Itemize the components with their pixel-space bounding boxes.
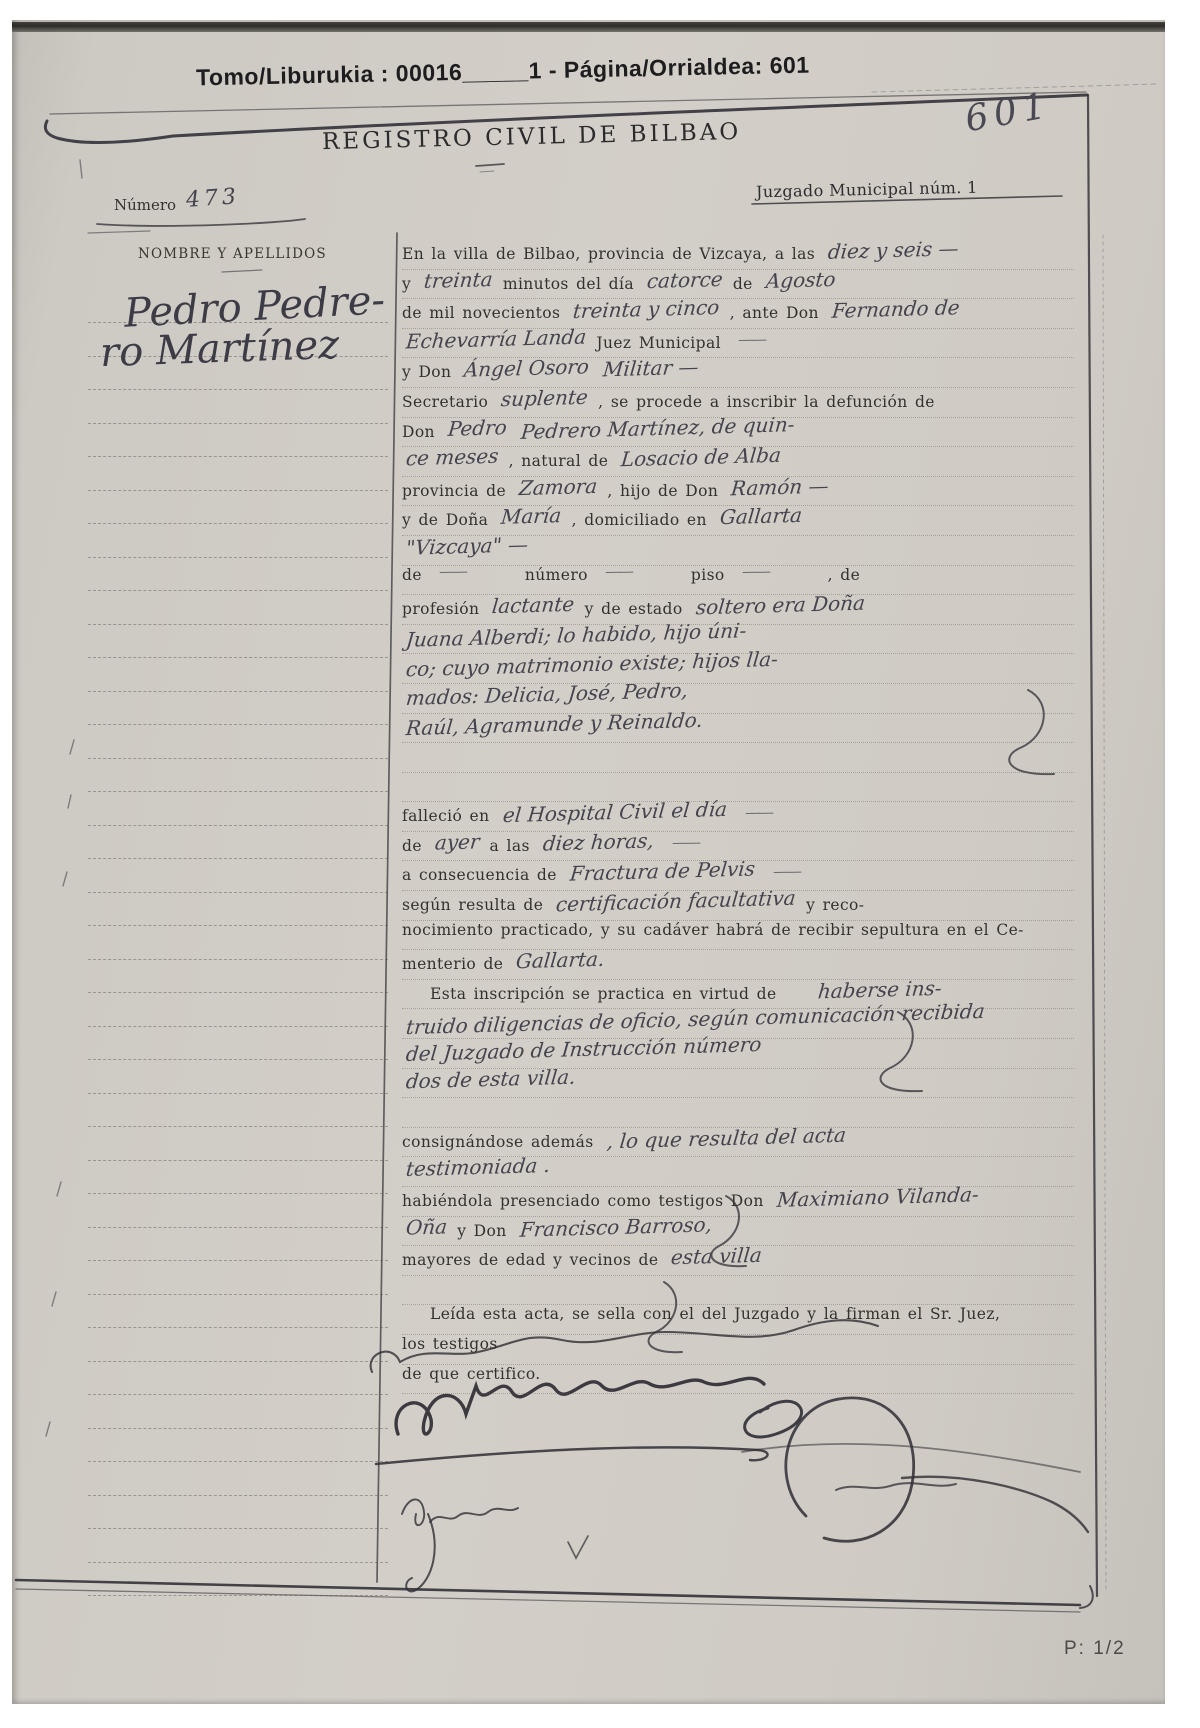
form-line-19 xyxy=(402,773,1074,803)
handwritten-text: suplente xyxy=(500,385,589,412)
printed-text: Don xyxy=(402,423,435,441)
handwritten-text: esta villa xyxy=(670,1243,763,1270)
form-line-12: de——número——piso——, de xyxy=(402,566,1074,596)
form-line-25: menterio deGallarta. xyxy=(402,950,1074,980)
ruled-line xyxy=(88,1562,388,1563)
ruled-line xyxy=(88,892,388,893)
printed-text: de mil novecientos xyxy=(402,304,560,322)
printed-text: los testigos xyxy=(402,1335,498,1353)
form-line-38: los testigos xyxy=(402,1335,1074,1365)
ruled-line xyxy=(88,1528,388,1529)
handwritten-text: Fractura de Pelvis xyxy=(569,857,756,886)
handwritten-text: Zamora xyxy=(518,474,599,500)
ruled-line xyxy=(88,825,388,826)
ruled-line xyxy=(88,356,388,357)
form-line-39: de que certifico. xyxy=(402,1365,1074,1395)
printed-text: a consecuencia de xyxy=(402,866,557,884)
handwritten-text: lactante xyxy=(491,592,575,618)
ruled-line xyxy=(88,959,388,960)
ruled-line xyxy=(88,1026,388,1027)
numero-value-handwritten: 473 xyxy=(185,184,241,213)
printed-text: , domiciliado en xyxy=(572,511,707,529)
handwritten-text: treinta y cinco xyxy=(572,295,721,323)
printed-text: Secretario xyxy=(402,393,488,411)
ruled-line xyxy=(88,1461,388,1462)
form-line-4: Echevarría LandaJuez Municipal—— xyxy=(402,329,1074,359)
printed-text: habiéndola presenciado como testigos Don xyxy=(402,1192,764,1210)
handwritten-text: ce meses xyxy=(405,444,500,471)
form-line-30 xyxy=(402,1098,1074,1128)
ruled-line xyxy=(88,1059,388,1060)
handwritten-text: —— xyxy=(742,561,820,580)
printed-text: y de estado xyxy=(585,600,683,618)
printed-text: Esta inscripción se practica en virtud d… xyxy=(430,985,777,1003)
form-line-20: falleció enel Hospital Civil el día—— xyxy=(402,802,1074,832)
body-lines: En la villa de Bilbao, provincia de Vizc… xyxy=(402,240,1074,1394)
ruled-line xyxy=(88,1160,388,1161)
form-line-8: ce meses, natural deLosacio de Alba xyxy=(402,447,1074,477)
handwritten-text: certificación facultativa xyxy=(555,886,797,917)
ruled-line xyxy=(88,1327,388,1328)
form-line-1: En la villa de Bilbao, provincia de Vizc… xyxy=(402,240,1074,270)
handwritten-text: —— xyxy=(738,329,816,348)
ruled-line xyxy=(88,691,388,692)
numero-label: Número xyxy=(114,196,176,214)
ruled-line xyxy=(88,724,388,725)
handwritten-text: diez horas, xyxy=(542,828,655,855)
printed-text: piso xyxy=(691,566,725,584)
ruled-line xyxy=(88,590,388,591)
printed-text: según resulta de xyxy=(402,896,543,914)
form-line-23: según resulta decertificación facultativ… xyxy=(402,891,1074,921)
handwritten-text: "Vizcaya" — xyxy=(405,532,529,559)
name-column-header: NOMBRE Y APELLIDOS xyxy=(138,246,327,262)
form-line-35: mayores de edad y vecinos deesta villa xyxy=(402,1246,1074,1276)
ruled-line xyxy=(88,758,388,759)
handwritten-text: Ramón — xyxy=(730,473,830,500)
ruled-line xyxy=(88,1361,388,1362)
ruled-line xyxy=(88,1294,388,1295)
ruled-line xyxy=(88,1260,388,1261)
scan-edge-shadow xyxy=(12,22,1165,32)
printed-text: profesión xyxy=(402,600,479,618)
ruled-line xyxy=(88,1193,388,1194)
form-line-36 xyxy=(402,1276,1074,1306)
handwritten-text: —— xyxy=(745,803,823,822)
handwritten-text: testimoniada . xyxy=(405,1153,551,1181)
form-line-10: y de DoñaMaría, domiciliado enGallarta xyxy=(402,506,1074,536)
ruled-line xyxy=(88,456,388,457)
printed-text: y xyxy=(402,275,411,293)
printed-text: consignándose además xyxy=(402,1133,594,1151)
ruled-line xyxy=(88,1495,388,1496)
ruled-line xyxy=(88,389,388,390)
printed-text: y Don xyxy=(402,363,451,381)
printed-text: mayores de edad y vecinos de xyxy=(402,1251,658,1269)
form-line-29: dos de esta villa. xyxy=(402,1069,1074,1099)
handwritten-text: , lo que resulta del acta xyxy=(605,1122,846,1153)
handwritten-text: Gallarta xyxy=(719,503,803,529)
handwritten-text: —— xyxy=(605,561,683,580)
handwritten-text: Pedro xyxy=(447,415,508,441)
form-line-34: Oñay DonFrancisco Barroso, xyxy=(402,1217,1074,1247)
ruled-line xyxy=(88,490,388,491)
page-footer: P: 1/2 xyxy=(1064,1638,1126,1660)
printed-text: menterio de xyxy=(402,955,503,973)
handwritten-text: soltero era Doña xyxy=(695,591,866,620)
form-line-37: Leída esta acta, se sella con el del Juz… xyxy=(402,1305,1074,1335)
form-line-33: habiéndola presenciado como testigos Don… xyxy=(402,1187,1074,1217)
handwritten-text: —— xyxy=(439,561,517,580)
ruled-line xyxy=(88,423,388,424)
printed-text: y reco- xyxy=(806,896,864,914)
handwritten-text: catorce xyxy=(646,266,724,292)
printed-text: y Don xyxy=(457,1222,506,1240)
form-line-18 xyxy=(402,743,1074,773)
form-line-16: mados: Delicia, José, Pedro, xyxy=(402,684,1074,714)
printed-text: Leída esta acta, se sella con el del Juz… xyxy=(430,1305,1000,1323)
printed-text: , se procede a inscribir la defunción de xyxy=(598,393,935,411)
form-line-2: ytreintaminutos del díacatorcedeAgosto xyxy=(402,270,1074,300)
printed-text: de xyxy=(733,275,753,293)
form-line-15: co; cuyo matrimonio existe; hijos lla- xyxy=(402,654,1074,684)
printed-text: En la villa de Bilbao, provincia de Vizc… xyxy=(402,245,815,263)
handwritten-text: Francisco Barroso, xyxy=(519,1212,713,1241)
ruled-line xyxy=(88,624,388,625)
printed-text: , de xyxy=(828,566,861,584)
handwritten-text: —— xyxy=(672,832,750,851)
printed-text: y de Doña xyxy=(402,511,488,529)
ruled-line xyxy=(88,1595,388,1596)
ruled-line xyxy=(88,1126,388,1127)
ruled-line xyxy=(88,992,388,993)
handwritten-text: Maximiano Vilanda- xyxy=(776,1182,980,1212)
handwritten-text: Oña xyxy=(405,1214,448,1239)
handwritten-text: el Hospital Civil el día xyxy=(501,797,727,827)
form-line-17: Raúl, Agramunde y Reinaldo. xyxy=(402,714,1074,744)
printed-text: nocimiento practicado, y su cadáver habr… xyxy=(402,921,1024,939)
printed-text: de xyxy=(402,837,422,855)
printed-text: , natural de xyxy=(509,452,609,470)
form-line-5: y DonÁngel OsoroMilitar — xyxy=(402,358,1074,388)
handwritten-text: —— xyxy=(773,862,851,881)
handwritten-text: dos de esta villa. xyxy=(405,1064,577,1093)
printed-text: minutos del día xyxy=(503,275,634,293)
form-line-7: DonPedroPedrero Martínez, de quin- xyxy=(402,418,1074,448)
ruled-line xyxy=(88,791,388,792)
ruled-line xyxy=(88,1227,388,1228)
ruled-line xyxy=(88,858,388,859)
ruled-line xyxy=(88,1428,388,1429)
handwritten-text: Ángel Osoro xyxy=(463,355,590,383)
handwritten-text: Losacio de Alba xyxy=(620,443,782,472)
ruled-line xyxy=(88,925,388,926)
ruled-line xyxy=(88,657,388,658)
ruled-line xyxy=(88,523,388,524)
form-line-9: provincia deZamora, hijo de DonRamón — xyxy=(402,477,1074,507)
printed-text: Juez Municipal xyxy=(596,334,721,352)
printed-text: número xyxy=(525,566,588,584)
printed-text: , hijo de Don xyxy=(607,482,718,500)
printed-text: de que certifico. xyxy=(402,1365,541,1383)
form-line-24: nocimiento practicado, y su cadáver habr… xyxy=(402,921,1074,951)
handwritten-text: María xyxy=(500,503,563,529)
handwritten-text: treinta xyxy=(423,267,494,293)
handwritten-text: Fernando de xyxy=(831,295,961,323)
ruled-line xyxy=(88,1093,388,1094)
form-line-28: del Juzgado de Instrucción número xyxy=(402,1039,1074,1069)
ruled-line xyxy=(88,557,388,558)
form-line-31: consignándose además, lo que resulta del… xyxy=(402,1128,1074,1158)
printed-text: falleció en xyxy=(402,807,490,825)
handwritten-text: Militar — xyxy=(602,355,700,382)
ruled-line xyxy=(88,1394,388,1395)
handwritten-text: diez y seis — xyxy=(827,236,960,264)
handwritten-text: Echevarría Landa xyxy=(405,324,588,353)
name-column-rules xyxy=(88,322,388,1604)
printed-text: de xyxy=(402,566,422,584)
handwritten-text: ayer xyxy=(434,829,481,854)
ruled-line xyxy=(88,322,388,323)
handwritten-text: Gallarta. xyxy=(515,947,606,974)
handwritten-text: Agosto xyxy=(765,267,837,293)
printed-text: provincia de xyxy=(402,482,506,500)
form-line-3: de mil novecientostreinta y cinco, ante … xyxy=(402,299,1074,329)
printed-text: a las xyxy=(490,837,530,855)
printed-text: , ante Don xyxy=(730,304,819,322)
